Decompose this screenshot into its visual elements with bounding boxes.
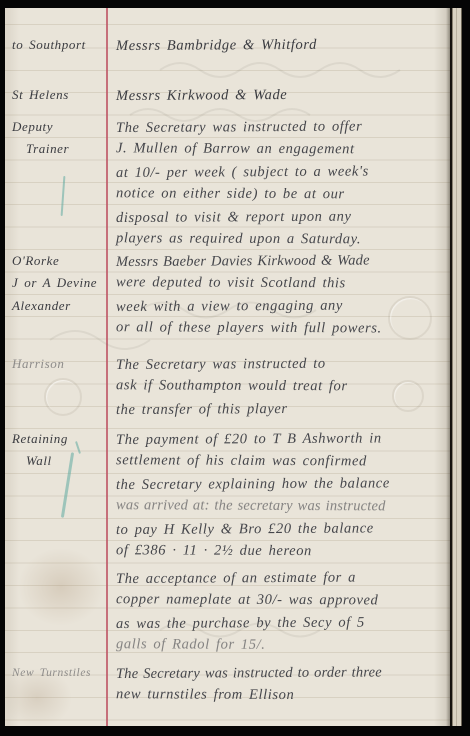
margin-note-line: to Southport [12,34,102,56]
margin-note: St Helens [12,84,102,106]
margin-note: to Southport [12,34,102,56]
entry-line: players as required upon a Saturday. [116,227,456,251]
entry-line: Messrs Kirkwood & Wade [116,83,456,107]
entry-line: new turnstiles from Ellison [116,684,456,708]
margin-note-line: Wall [12,450,102,472]
entry-line: J. Mullen of Barrow an engagement [116,138,456,162]
entry-text: The Secretary was instructed to offer J.… [116,116,456,250]
entry-line: the Secretary explaining how the balance [116,472,456,496]
margin-note: Retaining Wall [12,428,102,473]
entry-text: The Secretary was instructed to ask if S… [116,353,456,420]
entry-line: disposal to visit & report upon any [116,205,456,229]
margin-note-line: J or A Devine [12,272,102,294]
margin-note-line: Harrison [12,353,102,375]
entry-line: Messrs Bambridge & Whitford [116,33,456,57]
entry-line: as was the purchase by the Secy of 5 [116,611,456,635]
entry-text: The Secretary was instructed to order th… [116,662,456,707]
entry-line: week with a view to engaging any [116,294,456,318]
entry-line: The Secretary was instructed to order th… [116,661,456,685]
margin-note: Deputy Trainer [12,116,102,161]
entry-line: the transfer of this player [116,397,456,421]
margin-note-line: New Turnstiles [12,662,102,684]
margin-note-line: Deputy [12,116,102,138]
margin-note: O'Rorke J or A Devine Alexander [12,250,102,317]
margin-note-line: O'Rorke [12,250,102,272]
entry-line: The acceptance of an estimate for a [116,566,456,590]
entry-line: copper nameplate at 30/- was approved [116,589,456,613]
entry-line: at 10/- per week ( subject to a week's [116,160,456,184]
entry-line: of £386 · 11 · 2½ due hereon [116,539,456,563]
entry-line: ask if Southampton would treat for [116,375,456,399]
entry-line: The payment of £20 to T B Ashworth in [116,427,456,451]
entry-text: Messrs Baeber Davies Kirkwood & Wade wer… [116,250,456,340]
entry-line: or all of these players with full powers… [116,316,456,340]
entry-line: The Secretary was instructed to offer [116,115,456,139]
margin-note-line: Retaining [12,428,102,450]
entry-text: The acceptance of an estimate for a copp… [116,567,456,657]
minute-book-photo: to Southport Messrs Bambridge & Whitford… [0,0,470,736]
margin-note: Harrison [12,353,102,375]
red-margin-rule [106,8,108,726]
entry-text: Messrs Kirkwood & Wade [116,84,456,106]
entry-line: notice on either side) to be at our [116,182,456,206]
margin-note-line: Trainer [12,138,102,160]
entry-line: The Secretary was instructed to [116,352,456,376]
entry-line: Messrs Baeber Davies Kirkwood & Wade [116,249,456,273]
entry-line: settlement of his claim was confirmed [116,450,456,474]
entry-line: were deputed to visit Scotland this [116,272,456,296]
margin-note-line: St Helens [12,84,102,106]
entry-line: galls of Radol for 15/. [116,633,456,657]
entry-text: The payment of £20 to T B Ashworth in se… [116,428,456,562]
margin-note: New Turnstiles [12,662,102,684]
margin-note-line: Alexander [12,295,102,317]
entry-text: Messrs Bambridge & Whitford [116,34,456,56]
entry-line: to pay H Kelly & Bro £20 the balance [116,517,456,541]
entry-line: was arrived at: the secretary was instru… [116,494,456,518]
